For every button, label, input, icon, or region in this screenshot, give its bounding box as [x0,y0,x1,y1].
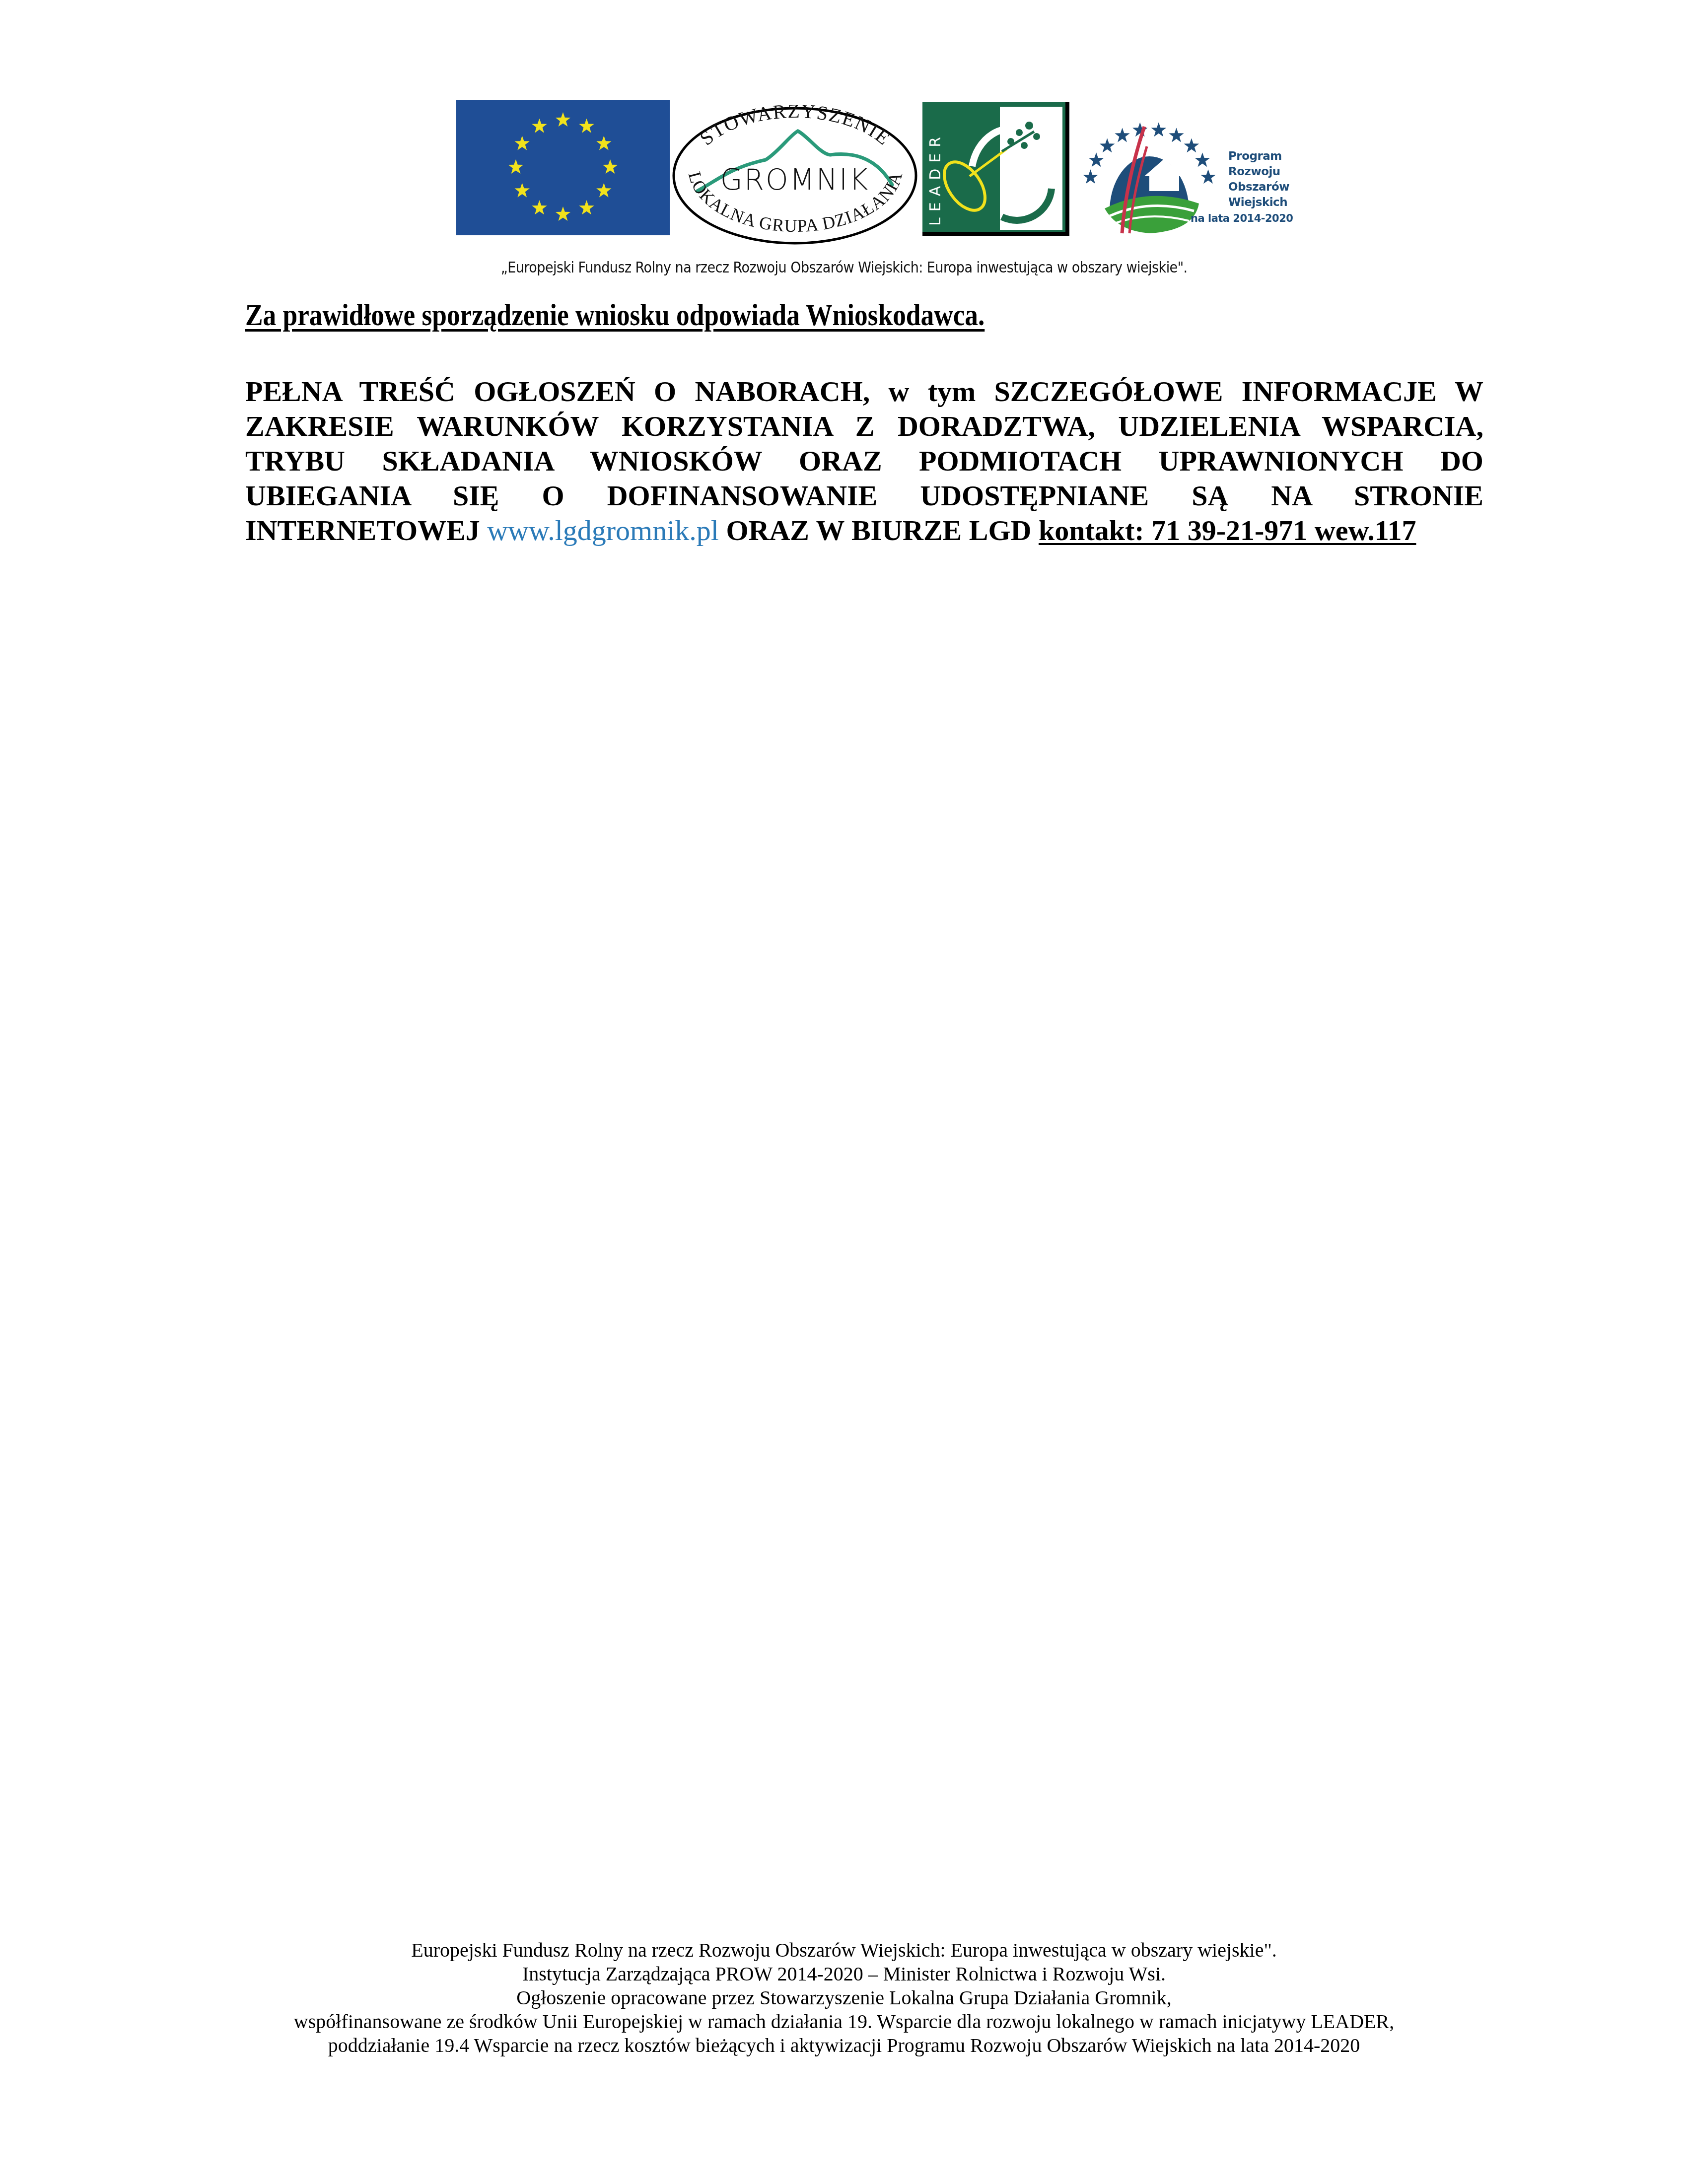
paragraph-text: ORAZ W BIURZE LGD [719,514,1039,546]
logo-caption-text: „Europejski Fundusz Rolny na rzecz Rozwo… [501,259,1188,276]
logo-caption: „Europejski Fundusz Rolny na rzecz Rozwo… [0,259,1688,276]
paragraph-line: TRYBU SKŁADANIA WNIOSKÓW ORAZ PODMIOTACH… [245,444,1483,478]
prow-line: Program [1228,149,1289,164]
contact-phone: kontakt: 71 39-21-971 wew.117 [1039,514,1416,546]
paragraph-line-last: INTERNETOWEJ www.lgdgromnik.pl ORAZ W BI… [245,513,1483,548]
website-link[interactable]: www.lgdgromnik.pl [487,514,719,546]
prow-line: Rozwoju [1228,164,1289,180]
gromnik-logo: STOWARZYSZENIE LOKALNA GRUPA DZIAŁANIA G… [671,105,918,246]
footer-line: Ogłoszenie opracowane przez Stowarzyszen… [0,1986,1688,2010]
prow-years: na lata 2014-2020 [1191,212,1293,224]
paragraph-text: INTERNETOWEJ [245,514,487,546]
announcement-paragraph: PEŁNA TREŚĆ OGŁOSZEŃ O NABORACH, w tym S… [245,374,1483,548]
gromnik-center-text: GROMNIK [720,163,869,197]
prow-line: Obszarów [1228,180,1289,195]
funding-footer: Europejski Fundusz Rolny na rzecz Rozwoj… [0,1938,1688,2057]
leader-logo: LEADER [922,102,1069,236]
eu-stars-icon [456,100,670,235]
leader-text: LEADER [927,131,944,226]
footer-line: poddziałanie 19.4 Wsparcie na rzecz kosz… [0,2034,1688,2057]
footer-line: Instytucja Zarządzająca PROW 2014-2020 –… [0,1962,1688,1986]
paragraph-line: UBIEGANIA SIĘ O DOFINANSOWANIE UDOSTĘPNI… [245,478,1483,513]
responsibility-heading: Za prawidłowe sporządzenie wniosku odpow… [245,298,985,333]
paragraph-line: PEŁNA TREŚĆ OGŁOSZEŃ O NABORACH, w tym S… [245,374,1483,409]
prow-program-name: Program Rozwoju Obszarów Wiejskich [1228,149,1289,210]
eu-flag-logo [456,100,670,235]
prow-line: Wiejskich [1228,195,1289,210]
footer-line: współfinansowane ze środków Unii Europej… [0,2010,1688,2034]
paragraph-line: ZAKRESIE WARUNKÓW KORZYSTANIA Z DORADZTW… [245,409,1483,444]
footer-line: Europejski Fundusz Rolny na rzecz Rozwoj… [0,1938,1688,1962]
